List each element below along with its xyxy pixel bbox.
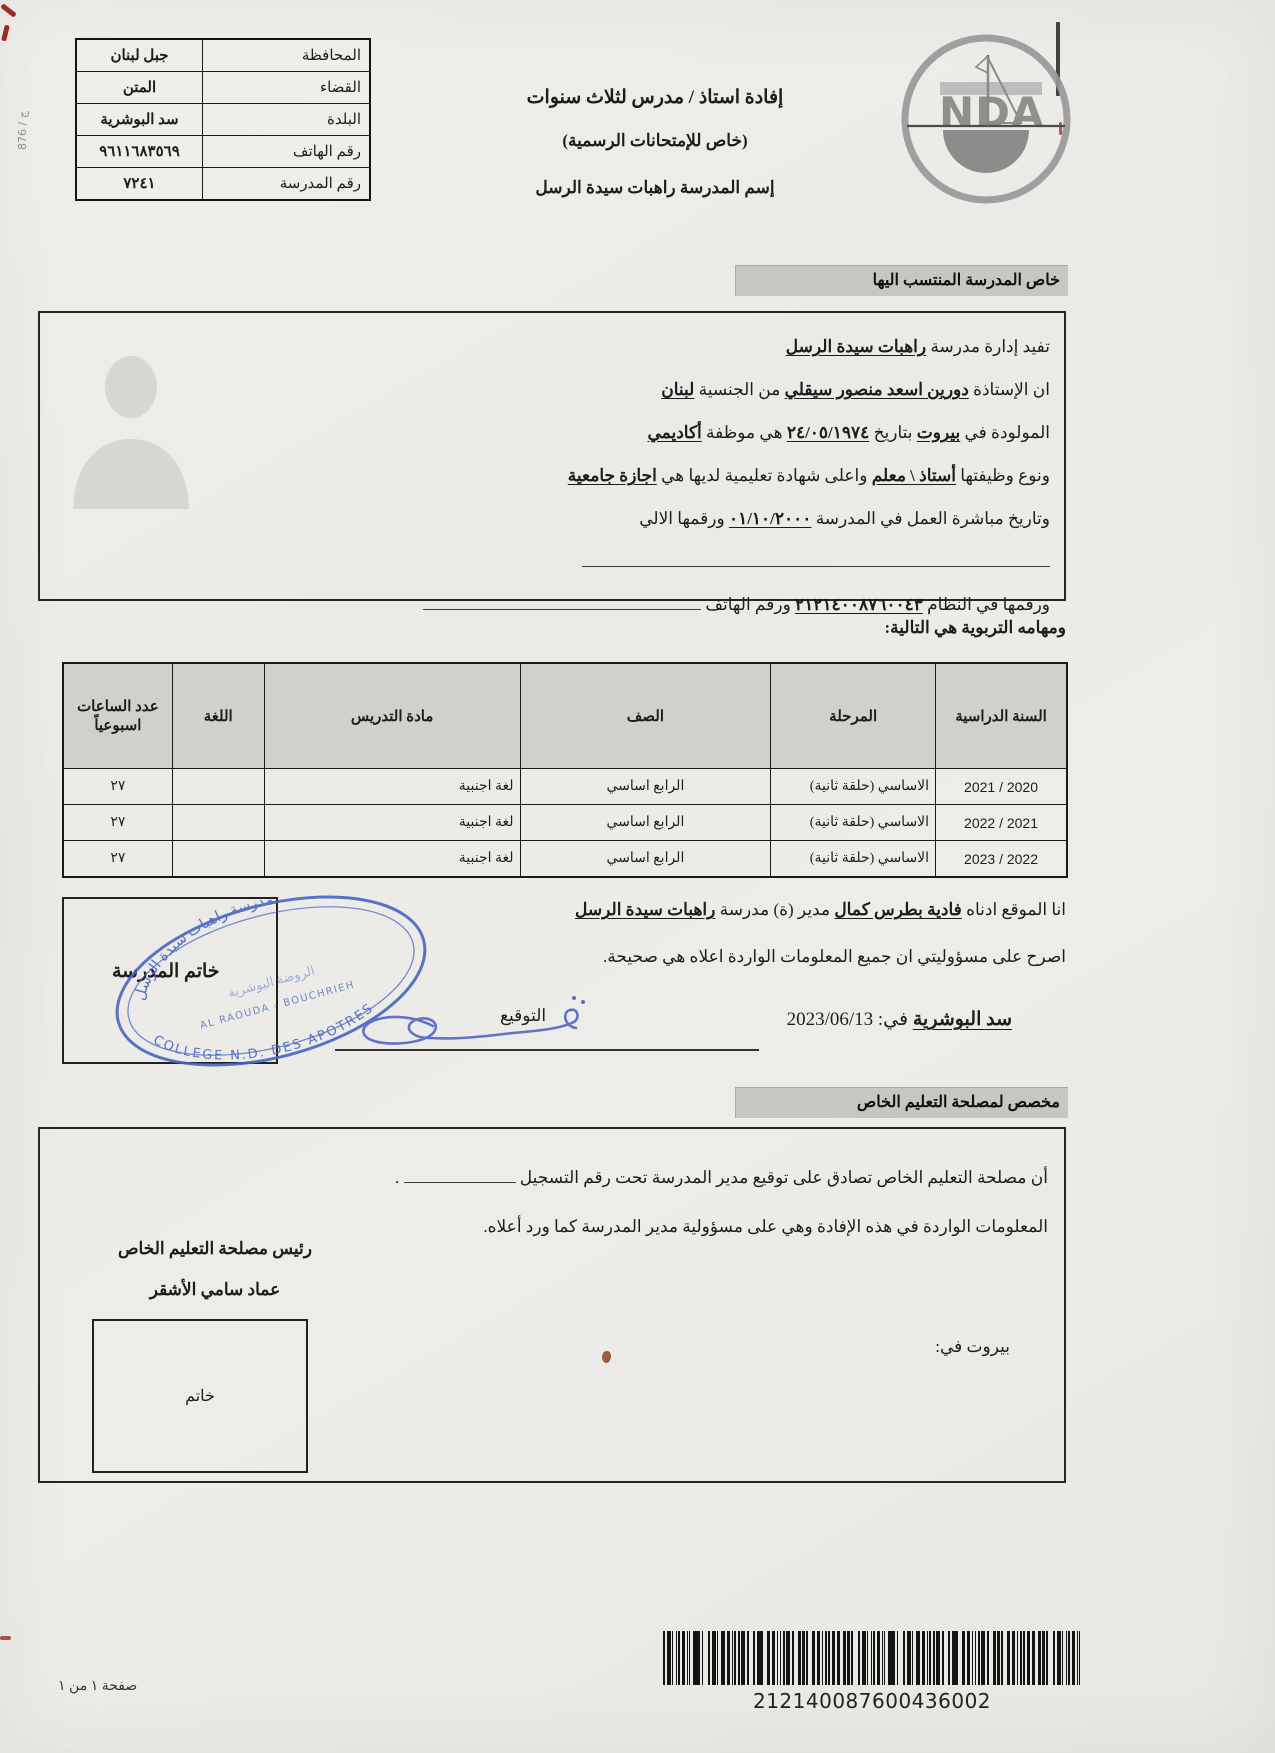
scan-stain <box>602 1351 611 1363</box>
place-date-line: سد البوشرية في: 2023/06/13 <box>640 1008 1012 1031</box>
scan-artifact <box>0 3 16 17</box>
place-name: سد البوشرية <box>913 1009 1012 1030</box>
scan-artifact <box>0 1636 11 1640</box>
declaration-line: انا الموقع ادناه فادية بطرس كمال مدير (ة… <box>300 886 1066 933</box>
town-value: سد البوشرية <box>76 104 203 136</box>
school-number-value: ٧٢٤١ <box>76 168 203 201</box>
header-school-year: السنة الدراسية <box>936 663 1067 769</box>
table-cell: ٢٧ <box>63 769 172 805</box>
header-weekly-hours: عدد الساعات اسبوعياً <box>63 663 172 769</box>
phone-value: ٩٦١١٦٨٣٥٦٩ <box>76 136 203 168</box>
table-cell: الرابع اساسي <box>520 805 771 841</box>
photo-silhouette <box>56 337 206 509</box>
subtitle-official-exams: (خاص للإمتحانات الرسمية) <box>440 131 870 151</box>
barcode <box>663 1631 1081 1685</box>
affidavit-line: ان الإستاذة دورين اسعد منصور سيقلي من ال… <box>210 368 1050 411</box>
duties-heading: ومهامه التربوية هي التالية: <box>566 618 1066 638</box>
affidavit-line: المولودة في بيروت بتاريخ ٢٤/٠٥/١٩٧٤ هي م… <box>210 411 1050 454</box>
ministry-line: أن مصلحة التعليم الخاص تصادق على توقيع م… <box>58 1153 1048 1202</box>
ministry-section-box: أن مصلحة التعليم الخاص تصادق على توقيع م… <box>38 1127 1066 1483</box>
table-cell: الاساسي (حلقة ثانية) <box>771 805 936 841</box>
school-name-title: إسم المدرسة راهبات سيدة الرسل <box>440 178 870 198</box>
chief-title: رئيس مصلحة التعليم الخاص <box>80 1239 350 1259</box>
table-cell <box>172 805 264 841</box>
table-cell <box>172 841 264 878</box>
logo-letters: NDA <box>939 88 1045 137</box>
table-cell: لغة اجنبية <box>264 805 520 841</box>
table-row: رقم المدرسة ٧٢٤١ <box>76 168 370 201</box>
date-value: 2023/06/13 <box>787 1009 874 1030</box>
table-cell: لغة اجنبية <box>264 841 520 878</box>
ministry-seal-box: خاتم <box>92 1319 308 1473</box>
table-cell: ٢٧ <box>63 841 172 878</box>
signature-underline <box>335 1049 759 1051</box>
affidavit-box: تفيد إدارة مدرسة راهبات سيدة الرسل ان ال… <box>38 311 1066 601</box>
director-declaration: انا الموقع ادناه فادية بطرس كمال مدير (ة… <box>300 886 1066 980</box>
table-row: رقم الهاتف ٩٦١١٦٨٣٥٦٩ <box>76 136 370 168</box>
edge-reference-note: 876 / ج <box>16 111 29 150</box>
table-row: 2020 / 2021 الاساسي (حلقة ثانية) الرابع … <box>63 769 1067 805</box>
table-cell: الرابع اساسي <box>520 841 771 878</box>
affidavit-line: تفيد إدارة مدرسة راهبات سيدة الرسل <box>210 325 1050 368</box>
blank-field-auto-number <box>582 551 1050 567</box>
district-label: القضاء <box>203 72 371 104</box>
declaration-line: اصرح على مسؤوليتي ان جميع المعلومات الوا… <box>300 933 1066 980</box>
table-row: البلدة سد البوشرية <box>76 104 370 136</box>
duties-table: السنة الدراسية المرحلة الصف مادة التدريس… <box>62 662 1068 878</box>
page-number: صفحة ١ من ١ <box>58 1678 137 1695</box>
affidavit-line: ونوع وظيفتها أستاذ \ معلم واعلى شهادة تع… <box>210 454 1050 497</box>
phone-label: رقم الهاتف <box>203 136 371 168</box>
affidavit-paragraph: تفيد إدارة مدرسة راهبات سيدة الرسل ان ال… <box>210 325 1050 626</box>
governorate-label: المحافظة <box>203 39 371 72</box>
table-cell: 2020 / 2021 <box>936 769 1067 805</box>
scanned-certificate-page: 876 / ج المحافظة جبل لبنان القضاء المتن … <box>0 0 1275 1753</box>
section-bar-private-education: مخصص لمصلحة التعليم الخاص <box>735 1087 1068 1118</box>
header-class: الصف <box>520 663 771 769</box>
town-label: البلدة <box>203 104 371 136</box>
chief-signature-block: رئيس مصلحة التعليم الخاص عماد سامي الأشق… <box>80 1239 350 1300</box>
table-row: المحافظة جبل لبنان <box>76 39 370 72</box>
header-stage: المرحلة <box>771 663 936 769</box>
document-titles: إفادة استاذ / مدرس لثلاث سنوات (خاص للإم… <box>440 86 870 198</box>
ministry-paragraph: أن مصلحة التعليم الخاص تصادق على توقيع م… <box>58 1153 1048 1251</box>
table-cell <box>172 769 264 805</box>
table-cell: ٢٧ <box>63 805 172 841</box>
barcode-number: 212140087600436002 <box>663 1689 1081 1713</box>
table-cell: الرابع اساسي <box>520 769 771 805</box>
scan-artifact <box>1 25 10 42</box>
seal-label: خاتم <box>185 1386 215 1406</box>
table-row: 2022 / 2023 الاساسي (حلقة ثانية) الرابع … <box>63 841 1067 878</box>
table-cell: الاساسي (حلقة ثانية) <box>771 769 936 805</box>
table-row: 2021 / 2022 الاساسي (حلقة ثانية) الرابع … <box>63 805 1067 841</box>
governorate-value: جبل لبنان <box>76 39 203 72</box>
blank-field-phone <box>423 594 701 610</box>
nda-sailboat-logo-icon: NDA <box>893 26 1079 212</box>
affidavit-line: وتاريخ مباشرة العمل في المدرسة ٠١/١٠/٢٠٠… <box>210 497 1050 583</box>
beirut-date-label: بيروت في: <box>935 1337 1010 1357</box>
table-cell: 2022 / 2023 <box>936 841 1067 878</box>
section-bar-school: خاص المدرسة المنتسب اليها <box>735 265 1068 296</box>
blank-field-registration-number <box>404 1167 516 1183</box>
header-language: اللغة <box>172 663 264 769</box>
school-number-label: رقم المدرسة <box>203 168 371 201</box>
table-row: القضاء المتن <box>76 72 370 104</box>
school-info-table: المحافظة جبل لبنان القضاء المتن البلدة س… <box>75 38 371 201</box>
table-cell: 2021 / 2022 <box>936 805 1067 841</box>
school-stamp-printed-label: خاتم المدرسة <box>112 960 220 983</box>
main-title: إفادة استاذ / مدرس لثلاث سنوات <box>440 86 870 109</box>
chief-name: عماد سامي الأشقر <box>80 1280 350 1300</box>
table-cell: الاساسي (حلقة ثانية) <box>771 841 936 878</box>
table-cell: لغة اجنبية <box>264 769 520 805</box>
table-header-row: السنة الدراسية المرحلة الصف مادة التدريس… <box>63 663 1067 769</box>
district-value: المتن <box>76 72 203 104</box>
header-subject: مادة التدريس <box>264 663 520 769</box>
